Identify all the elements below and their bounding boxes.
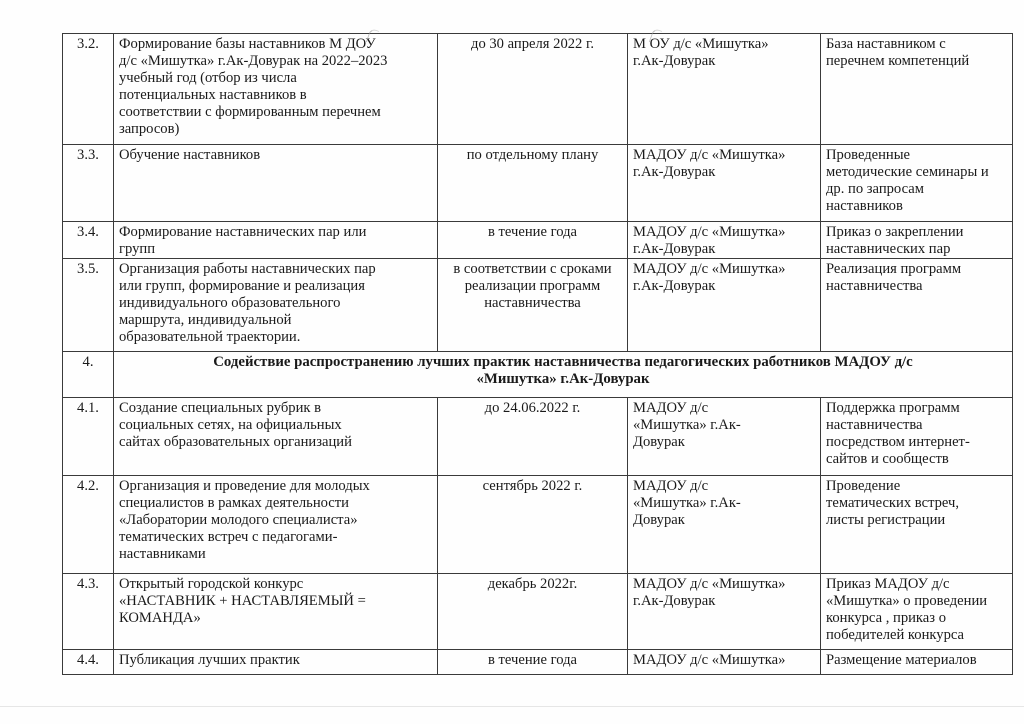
row-number: 4.2. <box>63 476 114 574</box>
section-title: Содействие распространению лучших практи… <box>114 352 1013 398</box>
result-cell: Реализация программ наставничества <box>821 259 1013 352</box>
table-row: 3.3. Обучение наставников по отдельному … <box>63 145 1013 222</box>
result-cell: Поддержка программ наставничества посред… <box>821 398 1013 476</box>
responsible-cell: МАДОУ д/с «Мишутка» г.Ак-Довурак <box>628 259 821 352</box>
responsible-cell: МАДОУ д/с «Мишутка» <box>628 650 821 675</box>
responsible-cell: МАДОУ д/с «Мишутка» г.Ак-Довурак <box>628 574 821 650</box>
deadline-cell: до 30 апреля 2022 г. <box>438 34 628 145</box>
table-row: 4.3. Открытый городской конкурс «НАСТАВН… <box>63 574 1013 650</box>
row-number: 3.2. <box>63 34 114 145</box>
result-cell: Размещение материалов <box>821 650 1013 675</box>
activity-cell: Формирование наставнических пар или груп… <box>114 222 438 259</box>
row-number: 4.4. <box>63 650 114 675</box>
scanned-page: 3.2. Формирование базы наставников М ДОУ… <box>0 0 1024 724</box>
section-number: 4. <box>63 352 114 398</box>
activity-cell: Создание специальных рубрик в социальных… <box>114 398 438 476</box>
row-number: 4.3. <box>63 574 114 650</box>
table-row: 4.4. Публикация лучших практик в течение… <box>63 650 1013 675</box>
activity-cell: Открытый городской конкурс «НАСТАВНИК + … <box>114 574 438 650</box>
table-row: 3.4. Формирование наставнических пар или… <box>63 222 1013 259</box>
row-number: 3.5. <box>63 259 114 352</box>
responsible-cell: МАДОУ д/с «Мишутка» г.Ак- Довурак <box>628 476 821 574</box>
deadline-cell: в течение года <box>438 222 628 259</box>
deadline-cell: в течение года <box>438 650 628 675</box>
result-cell: Приказ о закреплении наставнических пар <box>821 222 1013 259</box>
deadline-cell: декабрь 2022г. <box>438 574 628 650</box>
section-row: 4. Содействие распространению лучших пра… <box>63 352 1013 398</box>
table-row: 3.2. Формирование базы наставников М ДОУ… <box>63 34 1013 145</box>
activity-cell: Обучение наставников <box>114 145 438 222</box>
deadline-cell: сентябрь 2022 г. <box>438 476 628 574</box>
result-cell: Приказ МАДОУ д/с «Мишутка» о проведении … <box>821 574 1013 650</box>
table-row: 3.5. Организация работы наставнических п… <box>63 259 1013 352</box>
deadline-cell: по отдельному плану <box>438 145 628 222</box>
row-number: 4.1. <box>63 398 114 476</box>
mentoring-plan-table: 3.2. Формирование базы наставников М ДОУ… <box>62 33 1013 675</box>
activity-cell: Организация работы наставнических пар ил… <box>114 259 438 352</box>
row-number: 3.3. <box>63 145 114 222</box>
activity-cell: Организация и проведение для молодых спе… <box>114 476 438 574</box>
responsible-cell: М ОУ д/с «Мишутка» г.Ак-Довурак <box>628 34 821 145</box>
row-number: 3.4. <box>63 222 114 259</box>
scan-edge-line <box>0 706 1024 707</box>
result-cell: Проведение тематических встреч, листы ре… <box>821 476 1013 574</box>
responsible-cell: МАДОУ д/с «Мишутка» г.Ак- Довурак <box>628 398 821 476</box>
deadline-cell: в соответствии с сроками реализации прог… <box>438 259 628 352</box>
activity-cell: Формирование базы наставников М ДОУ д/с … <box>114 34 438 145</box>
result-cell: База наставником с перечнем компетенций <box>821 34 1013 145</box>
responsible-cell: МАДОУ д/с «Мишутка» г.Ак-Довурак <box>628 222 821 259</box>
table-row: 4.2. Организация и проведение для молоды… <box>63 476 1013 574</box>
responsible-cell: МАДОУ д/с «Мишутка» г.Ак-Довурак <box>628 145 821 222</box>
deadline-cell: до 24.06.2022 г. <box>438 398 628 476</box>
result-cell: Проведенные методические семинары и др. … <box>821 145 1013 222</box>
activity-cell: Публикация лучших практик <box>114 650 438 675</box>
table-row: 4.1. Создание специальных рубрик в социа… <box>63 398 1013 476</box>
